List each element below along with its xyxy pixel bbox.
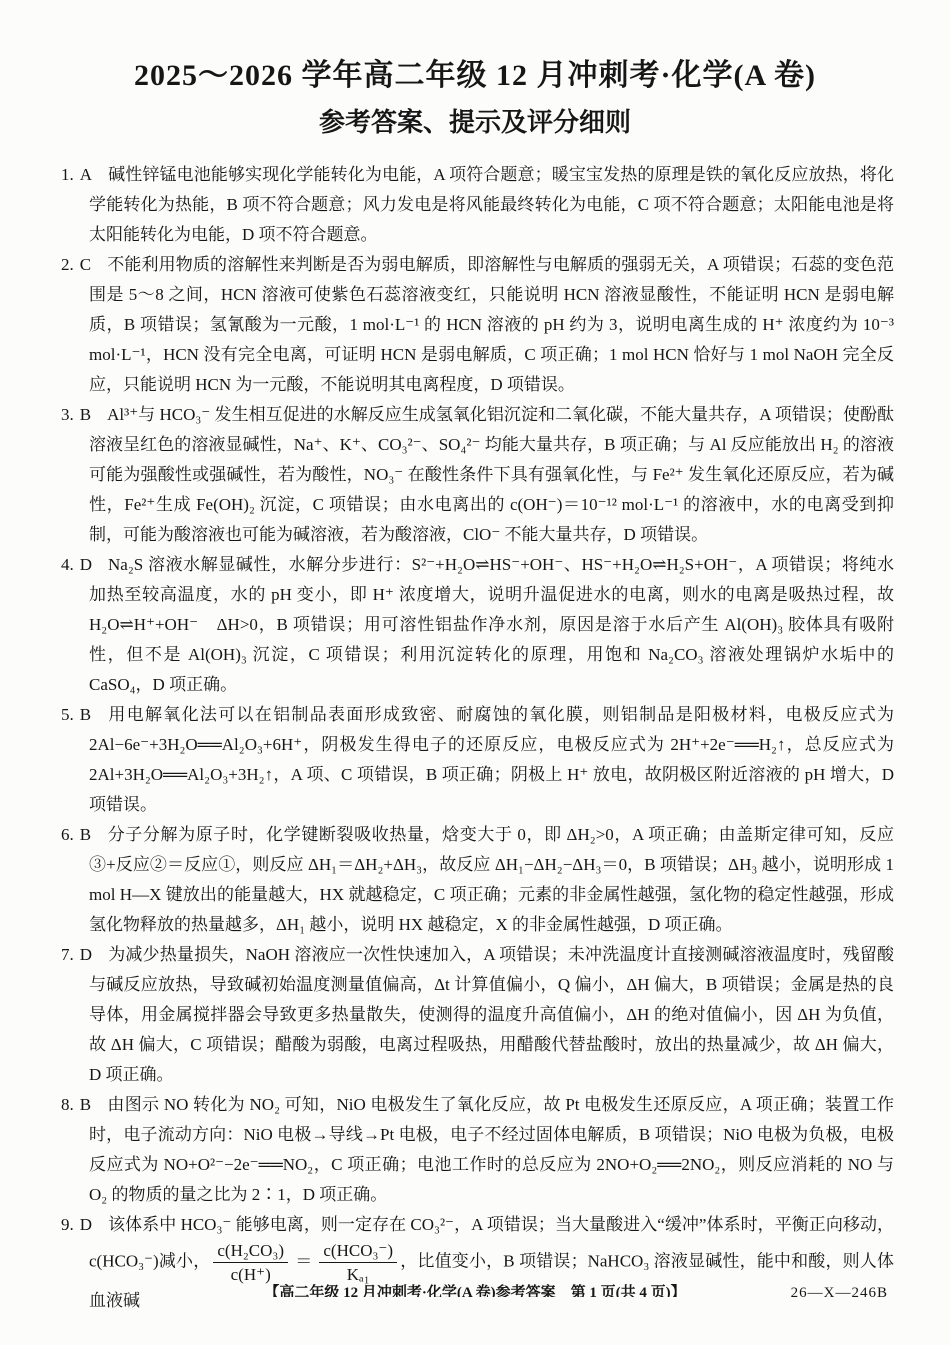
- fraction-left: c(H₂CO₃)c(H⁺): [213, 1240, 288, 1286]
- question-number: 8.: [61, 1095, 74, 1114]
- question-number: 2.: [61, 255, 74, 274]
- answer-letter: C: [80, 255, 91, 274]
- answer-letter: B: [80, 1095, 91, 1114]
- answer-explanation: 分子分解为原子时，化学键断裂吸收热量，焓变大于 0，即 ΔH₂>0，A 项正确；…: [89, 825, 894, 934]
- answer-item-5: 5.B用电解氧化法可以在铝制品表面形成致密、耐腐蚀的氧化膜，则铝制品是阳极材料，…: [61, 700, 894, 820]
- answer-item-3: 3.BAl³⁺与 HCO₃⁻ 发生相互促进的水解反应生成氢氧化铝沉淀和二氧化碳，…: [61, 400, 894, 550]
- fraction-numerator: c(HCO₃⁻): [319, 1240, 397, 1263]
- page-title: 2025～2026 学年高二年级 12 月冲刺考·化学(A 卷): [0, 50, 950, 94]
- answer-explanation: 由图示 NO 转化为 NO₂ 可知，NiO 电极发生了氧化反应，故 Pt 电极发…: [89, 1095, 894, 1204]
- paper-code: 26—X—246B: [791, 1284, 888, 1297]
- fraction-numerator: c(H₂CO₃): [213, 1240, 288, 1263]
- answer-explanation: 碱性锌锰电池能够实现化学能转化为电能，A 项符合题意；暖宝宝发热的原理是铁的氧化…: [89, 165, 894, 244]
- answer-letter: D: [80, 555, 92, 574]
- question-number: 5.: [61, 705, 74, 724]
- page-subtitle: 参考答案、提示及评分细则: [0, 102, 950, 139]
- question-number: 1.: [61, 165, 74, 184]
- question-number: 3.: [61, 405, 74, 424]
- question-number: 4.: [61, 555, 74, 574]
- fraction-right: c(HCO₃⁻)Kₐ₁: [319, 1240, 397, 1286]
- answers-section: 1.A碱性锌锰电池能够实现化学能转化为电能，A 项符合题意；暖宝宝发热的原理是铁…: [61, 160, 894, 1316]
- answer-item-1: 1.A碱性锌锰电池能够实现化学能转化为电能，A 项符合题意；暖宝宝发热的原理是铁…: [61, 160, 894, 250]
- answer-item-6: 6.B分子分解为原子时，化学键断裂吸收热量，焓变大于 0，即 ΔH₂>0，A 项…: [61, 820, 894, 940]
- fraction-denominator: Kₐ₁: [319, 1263, 397, 1285]
- page-footer: 【高二年级 12 月冲刺考·化学(A 卷)参考答案 第 1 页(共 4 页)】 …: [0, 1284, 950, 1297]
- answer-letter: D: [80, 945, 92, 964]
- document-page: 2025～2026 学年高二年级 12 月冲刺考·化学(A 卷) 参考答案、提示…: [0, 0, 950, 1345]
- question-number: 9.: [61, 1215, 74, 1234]
- footer-caption: 【高二年级 12 月冲刺考·化学(A 卷)参考答案 第 1 页(共 4 页)】: [264, 1285, 685, 1297]
- answer-explanation: Al³⁺与 HCO₃⁻ 发生相互促进的水解反应生成氢氧化铝沉淀和二氧化碳，不能大…: [89, 405, 894, 544]
- answer-letter: B: [80, 825, 91, 844]
- equals-sign: ＝: [295, 1252, 312, 1271]
- answer-item-9: 9.D该体系中 HCO₃⁻ 能够电离，则一定存在 CO₃²⁻，A 项错误；当大量…: [61, 1210, 894, 1316]
- answer-explanation: 为减少热量损失，NaOH 溶液应一次性快速加入，A 项错误；未冲洗温度计直接测碱…: [89, 945, 894, 1084]
- answer-item-7: 7.D为减少热量损失，NaOH 溶液应一次性快速加入，A 项错误；未冲洗温度计直…: [61, 940, 894, 1090]
- answer-letter: A: [80, 165, 92, 184]
- answer-explanation: Na₂S 溶液水解显碱性，水解分步进行：S²⁻+H₂O⇌HS⁻+OH⁻、HS⁻+…: [89, 555, 894, 694]
- answer-letter: B: [80, 705, 91, 724]
- answer-letter: B: [80, 405, 91, 424]
- answer-item-4: 4.DNa₂S 溶液水解显碱性，水解分步进行：S²⁻+H₂O⇌HS⁻+OH⁻、H…: [61, 550, 894, 700]
- answer-explanation: 用电解氧化法可以在铝制品表面形成致密、耐腐蚀的氧化膜，则铝制品是阳极材料，电极反…: [89, 705, 894, 814]
- answer-letter: D: [80, 1215, 92, 1234]
- answer-item-2: 2.C不能利用物质的溶解性来判断是否为弱电解质，即溶解性与电解质的强弱无关，A …: [61, 250, 894, 400]
- question-number: 7.: [61, 945, 74, 964]
- answer-explanation: 不能利用物质的溶解性来判断是否为弱电解质，即溶解性与电解质的强弱无关，A 项错误…: [89, 255, 894, 394]
- fraction-denominator: c(H⁺): [213, 1263, 288, 1285]
- answer-item-8: 8.B由图示 NO 转化为 NO₂ 可知，NiO 电极发生了氧化反应，故 Pt …: [61, 1090, 894, 1210]
- question-number: 6.: [61, 825, 74, 844]
